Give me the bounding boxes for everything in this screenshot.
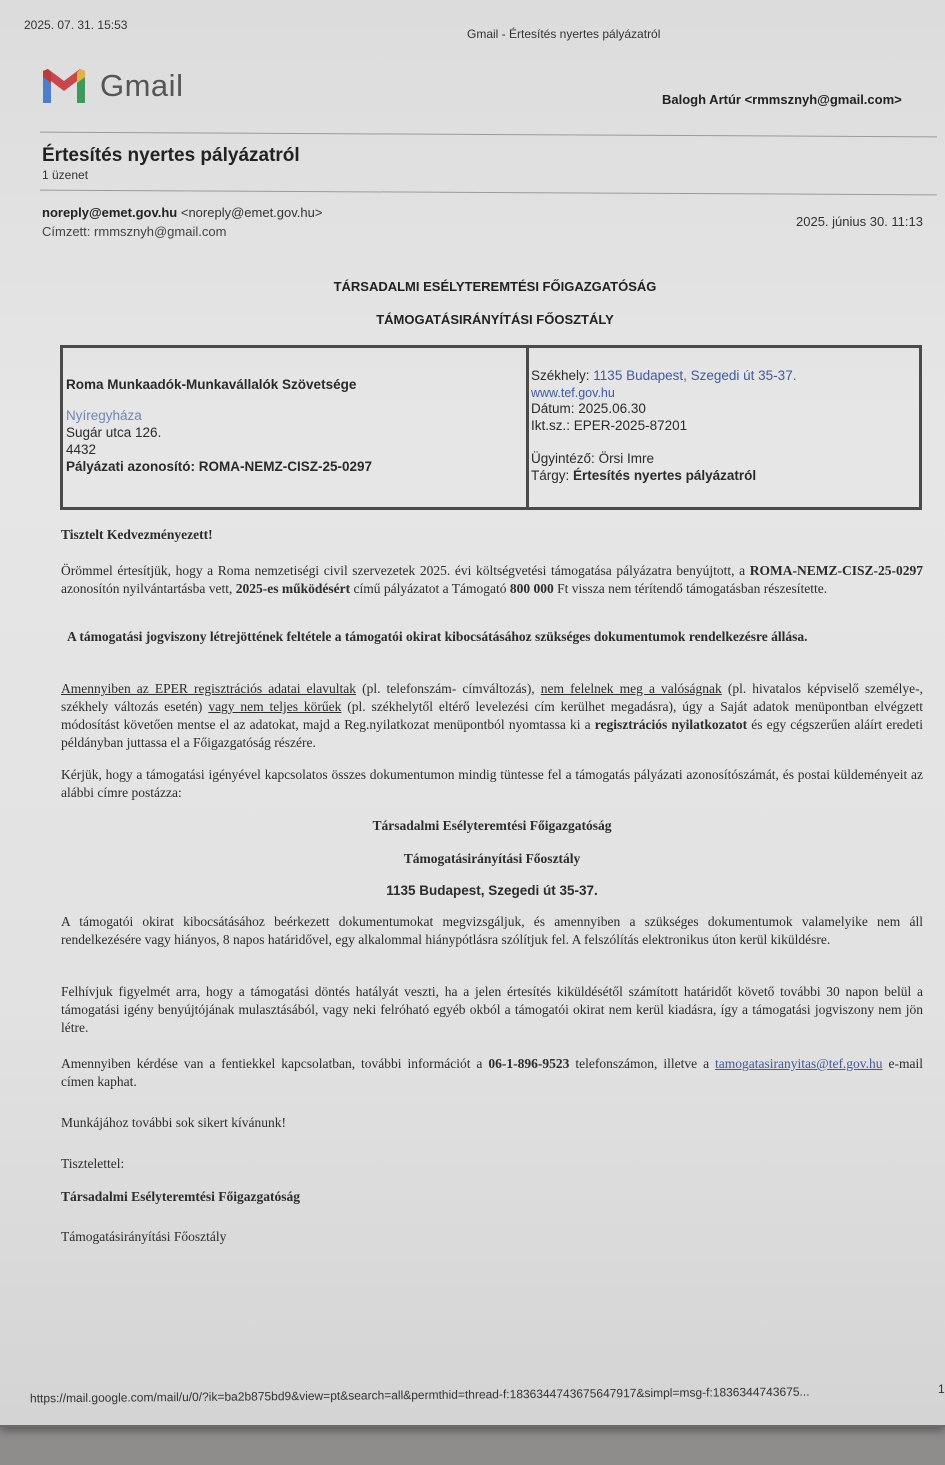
account-identity: Balogh Artúr <rmmsznyh@gmail.com> [662,92,902,107]
seat-value: 1135 Budapest, Szegedi út 35-37. [593,368,796,383]
seat-label: Székhely: [531,368,590,383]
recipient-label: Címzett: [42,224,90,239]
address-dept: Támogatásirányítási Főosztály [61,850,923,868]
application-id-label: Pályázati azonosító: [66,459,195,474]
address-org: Társadalmi Esélyteremtési Főigazgatóság [61,817,923,835]
message-date: 2025. június 30. 11:13 [796,214,923,229]
signature-dept: Támogatásirányítási Főosztály [61,1228,923,1246]
phone-number: 06-1-896-9523 [488,1056,569,1071]
underlined-text: vagy nem teljes körűek [208,699,341,714]
officer-value: Örsi Imre [599,451,655,466]
sender-full: <noreply@emet.gov.hu> [181,205,323,220]
recipient-email: rmmsznyh@gmail.com [94,224,226,239]
date-value: 2025.06.30 [578,401,646,416]
gmail-logo: Gmail [40,67,183,105]
print-datetime: 2025. 07. 31. 15:53 [24,18,127,32]
info-box: Roma Munkaadók-Munkavállalók Szövetsége … [60,345,922,510]
gmail-wordmark: Gmail [100,68,183,104]
divider [40,190,937,196]
text: Örömmel értesítjük, hogy a Roma nemzetis… [61,563,750,578]
text: Ft vissza nem térítendő támogatásban rés… [554,581,827,596]
reference-row: Ikt.sz.: EPER-2025-87201 [531,418,919,435]
sender-line: noreply@emet.gov.hu <noreply@emet.gov.hu… [42,205,322,220]
project-title: 2025-es működésért [236,581,350,596]
text: Amennyiben kérdése van a fentiekkel kapc… [61,1056,488,1071]
recipient-line: Címzett: rmmsznyh@gmail.com [42,224,226,239]
subject-value: Értesítés nyertes pályázatról [573,468,756,483]
application-id: Pályázati azonosító: ROMA-NEMZ-CISZ-25-0… [66,458,526,475]
date-row: Dátum: 2025.06.30 [531,401,919,418]
paragraph-registration: Amennyiben az EPER regisztrációs adatai … [61,680,923,752]
message-count: 1 üzenet [42,168,88,182]
date-label: Dátum: [531,401,575,416]
application-id-inline: ROMA-NEMZ-CISZ-25-0297 [750,563,923,578]
contact-email-link[interactable]: tamogatasiranyitas@tef.gov.hu [715,1056,883,1071]
regards: Tisztelettel: [61,1155,923,1173]
text: (pl. telefonszám- címváltozás), [356,681,541,696]
printed-page: 2025. 07. 31. 15:53 Gmail - Értesítés ny… [0,0,945,1427]
recipient-zip: 4432 [66,441,526,458]
gmail-m-icon [40,67,88,105]
subject-label: Tárgy: [531,468,569,483]
sender-info: Székhely: 1135 Budapest, Szegedi út 35-3… [529,348,919,507]
paragraph-award: Örömmel értesítjük, hogy a Roma nemzetis… [61,562,923,598]
application-id-value: ROMA-NEMZ-CISZ-25-0297 [199,459,372,474]
officer-row: Ügyintéző: Örsi Imre [531,451,919,468]
email-subject: Értesítés nyertes pályázatról [42,145,300,167]
paragraph-deadline: Felhívjuk figyelmét arra, hogy a támogat… [61,983,923,1037]
subject-row: Tárgy: Értesítés nyertes pályázatról [531,468,919,485]
address-street: 1135 Budapest, Szegedi út 35-37. [61,882,923,900]
reference-value: EPER-2025-87201 [574,418,687,433]
letterhead-org: TÁRSADALMI ESÉLYTEREMTÉSI FŐIGAZGATÓSÁG [0,279,945,294]
text: című pályázatot a Támogató [350,581,510,596]
text: telefonszámon, illetve a [569,1056,715,1071]
recipient-city: Nyíregyháza [66,407,526,424]
page-number: 1 [938,1382,945,1396]
seat-row: Székhely: 1135 Budapest, Szegedi út 35-3… [531,368,919,385]
closing: Munkájához további sok sikert kívánunk! [61,1114,923,1132]
greeting: Tisztelt Kedvezményezett! [61,526,923,544]
signature-org: Társadalmi Esélyteremtési Főigazgatóság [61,1188,923,1206]
paragraph-condition: A támogatási jogviszony létrejöttének fe… [61,628,923,646]
sender-email[interactable]: noreply@emet.gov.hu [42,205,177,220]
paragraph-postal: Kérjük, hogy a támogatási igényével kapc… [61,766,923,802]
divider [40,132,937,138]
print-url: https://mail.google.com/mail/u/0/?ik=ba2… [30,1385,810,1406]
paragraph-review: A támogatói okirat kibocsátásához beérke… [61,913,923,949]
reference-label: Ikt.sz.: [531,418,570,433]
underlined-text: Amennyiben az EPER regisztrációs adatai … [61,681,356,696]
letterhead-dept: TÁMOGATÁSIRÁNYÍTÁSI FŐOSZTÁLY [0,312,945,327]
text: azonosítón nyilvántartásba vett, [61,581,236,596]
underlined-text: nem felelnek meg a valóságnak [541,681,722,696]
grant-amount: 800 000 [510,581,554,596]
recipient-org-name: Roma Munkaadók-Munkavállalók Szövetsége [66,376,526,393]
officer-label: Ügyintéző: [531,451,595,466]
recipient-street: Sugár utca 126. [66,424,526,441]
recipient-info: Roma Munkaadók-Munkavállalók Szövetsége … [63,348,529,507]
paragraph-contact: Amennyiben kérdése van a fentiekkel kapc… [61,1055,923,1091]
website-link[interactable]: www.tef.gov.hu [531,385,919,402]
print-page-title: Gmail - Értesítés nyertes pályázatról [467,27,660,41]
bold-text: regisztrációs nyilatkozatot [595,717,747,732]
